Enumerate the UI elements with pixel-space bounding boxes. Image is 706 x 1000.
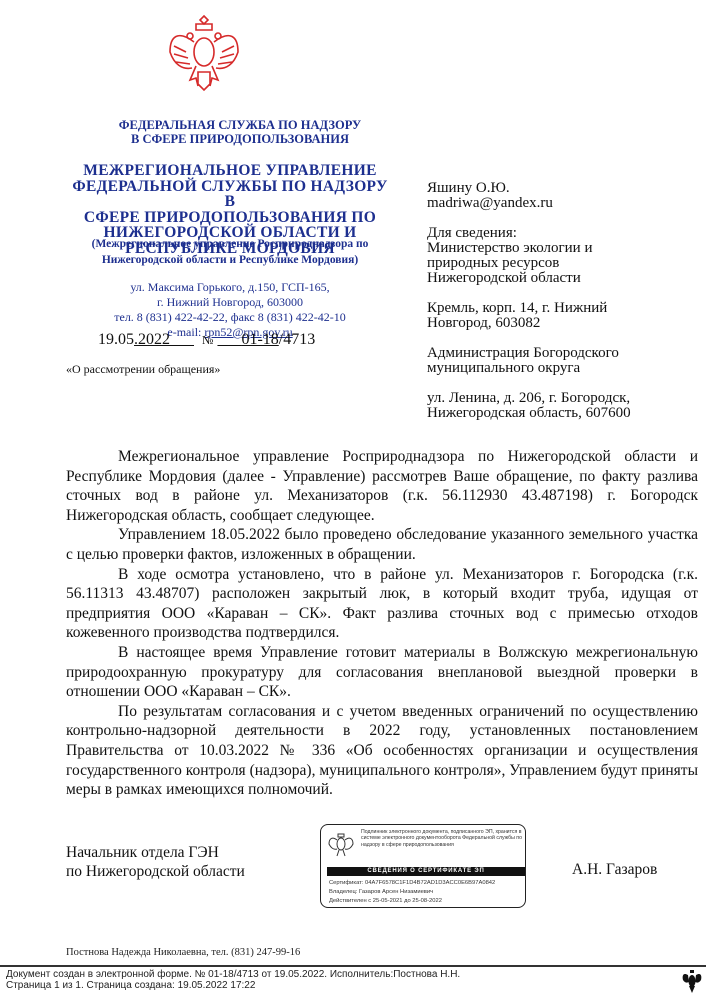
- reg-number-prefix: 01-18: [241, 331, 278, 348]
- stamp-note: Подлинник электронного документа, подпис…: [361, 829, 523, 848]
- certificate-owner: Владелец: Газаров Арсен Низамиевич: [329, 889, 433, 895]
- addressee-ministry: Для сведения: Министерство экологии и пр…: [427, 226, 697, 286]
- reg-date-year: .2022: [134, 331, 170, 348]
- addressee-line: муниципального округа: [427, 361, 697, 376]
- addressee-line: Министерство экологии и: [427, 241, 697, 256]
- certificate-number: Сертификат: 04A7F6578C1F1D4B72AD1D3ACC0E…: [329, 880, 495, 886]
- position-line: по Нижегородской области: [66, 862, 245, 881]
- agency-name: ФЕДЕРАЛЬНАЯ СЛУЖБА ПО НАДЗОРУ В СФЕРЕ ПР…: [90, 118, 390, 146]
- addressee-recipient: Яшину О.Ю. madriwa@yandex.ru: [427, 181, 697, 211]
- position-line: Начальник отдела ГЭН: [66, 843, 245, 862]
- department-short-line: Нижегородской области и Республике Мордо…: [70, 253, 390, 269]
- coat-of-arms-icon: [328, 830, 354, 858]
- stamp-title: СВЕДЕНИЯ О СЕРТИФИКАТЕ ЭП: [327, 867, 525, 876]
- certificate-validity: Действителен с 25-05-2021 до 25-08-2022: [329, 898, 442, 904]
- addressee-line: Нижегородская область, 607600: [427, 406, 697, 421]
- footer-line: Документ создан в электронной форме. № 0…: [6, 969, 460, 980]
- addressee-administration: Администрация Богородского муниципальног…: [427, 346, 697, 376]
- letter-subject: «О рассмотрении обращения»: [66, 362, 220, 377]
- agency-line: В СФЕРЕ ПРИРОДОПОЛЬЗОВАНИЯ: [90, 132, 390, 146]
- address-line: г. Нижний Новгород, 603000: [70, 295, 390, 310]
- e-signature-stamp: Подлинник электронного документа, подпис…: [320, 824, 526, 908]
- for-info-label: Для сведения:: [427, 226, 697, 241]
- addressee-line: Новгород, 603082: [427, 316, 697, 331]
- recipient-name: Яшину О.Ю.: [427, 181, 697, 196]
- document-footer: Документ создан в электронной форме. № 0…: [6, 969, 460, 991]
- department-line: СФЕРЕ ПРИРОДОПОЛЬЗОВАНИЯ ПО: [65, 210, 395, 226]
- addressee-line: Нижегородской области: [427, 271, 697, 286]
- addressee-administration-address: ул. Ленина, д. 206, г. Богородск, Нижего…: [427, 391, 697, 421]
- coat-of-arms-icon: [682, 969, 702, 993]
- executor-contact: Постнова Надежда Николаевна, тел. (831) …: [66, 947, 300, 958]
- reg-date-day-month: 19.05: [98, 331, 134, 348]
- body-paragraph: В ходе осмотра установлено, что в районе…: [66, 565, 698, 643]
- body-paragraph: В настоящее время Управление готовит мат…: [66, 643, 698, 702]
- address-line: ул. Максима Горького, д.150, ГСП-165,: [70, 280, 390, 295]
- reg-number-suffix: /4713: [279, 331, 315, 348]
- body-paragraph: Управлением 18.05.2022 было проведено об…: [66, 525, 698, 564]
- letter-body: Межрегиональное управление Росприроднадз…: [66, 447, 698, 800]
- addressee-block: Яшину О.Ю. madriwa@yandex.ru Для сведени…: [427, 181, 697, 436]
- department-line: ФЕДЕРАЛЬНОЙ СЛУЖБЫ ПО НАДЗОРУ В: [65, 179, 395, 210]
- body-paragraph: По результатам согласования и с учетом в…: [66, 702, 698, 800]
- department-short-line: (Межрегиональное управление Росприроднад…: [70, 237, 390, 253]
- addressee-line: природных ресурсов: [427, 256, 697, 271]
- recipient-email: madriwa@yandex.ru: [427, 196, 697, 211]
- coat-of-arms-icon: [166, 12, 242, 98]
- department-line: МЕЖРЕГИОНАЛЬНОЕ УПРАВЛЕНИЕ: [65, 163, 395, 179]
- department-short-name: (Межрегиональное управление Росприроднад…: [70, 237, 390, 268]
- body-paragraph: Межрегиональное управление Росприроднадз…: [66, 447, 698, 525]
- signatory-position: Начальник отдела ГЭН по Нижегородской об…: [66, 843, 245, 881]
- registration-line: 19.05.2022 № 01-18/4713: [98, 331, 315, 349]
- addressee-line: Администрация Богородского: [427, 346, 697, 361]
- addressee-line: Кремль, корп. 14, г. Нижний: [427, 301, 697, 316]
- phone-fax-line: тел. 8 (831) 422-42-22, факс 8 (831) 422…: [70, 310, 390, 325]
- addressee-ministry-address: Кремль, корп. 14, г. Нижний Новгород, 60…: [427, 301, 697, 331]
- addressee-line: ул. Ленина, д. 206, г. Богородск,: [427, 391, 697, 406]
- agency-line: ФЕДЕРАЛЬНАЯ СЛУЖБА ПО НАДЗОРУ: [90, 118, 390, 132]
- footer-divider: [0, 965, 706, 967]
- number-sign: №: [202, 333, 213, 347]
- footer-line: Страница 1 из 1. Страница создана: 19.05…: [6, 980, 460, 991]
- signatory-name: А.Н. Газаров: [572, 861, 657, 879]
